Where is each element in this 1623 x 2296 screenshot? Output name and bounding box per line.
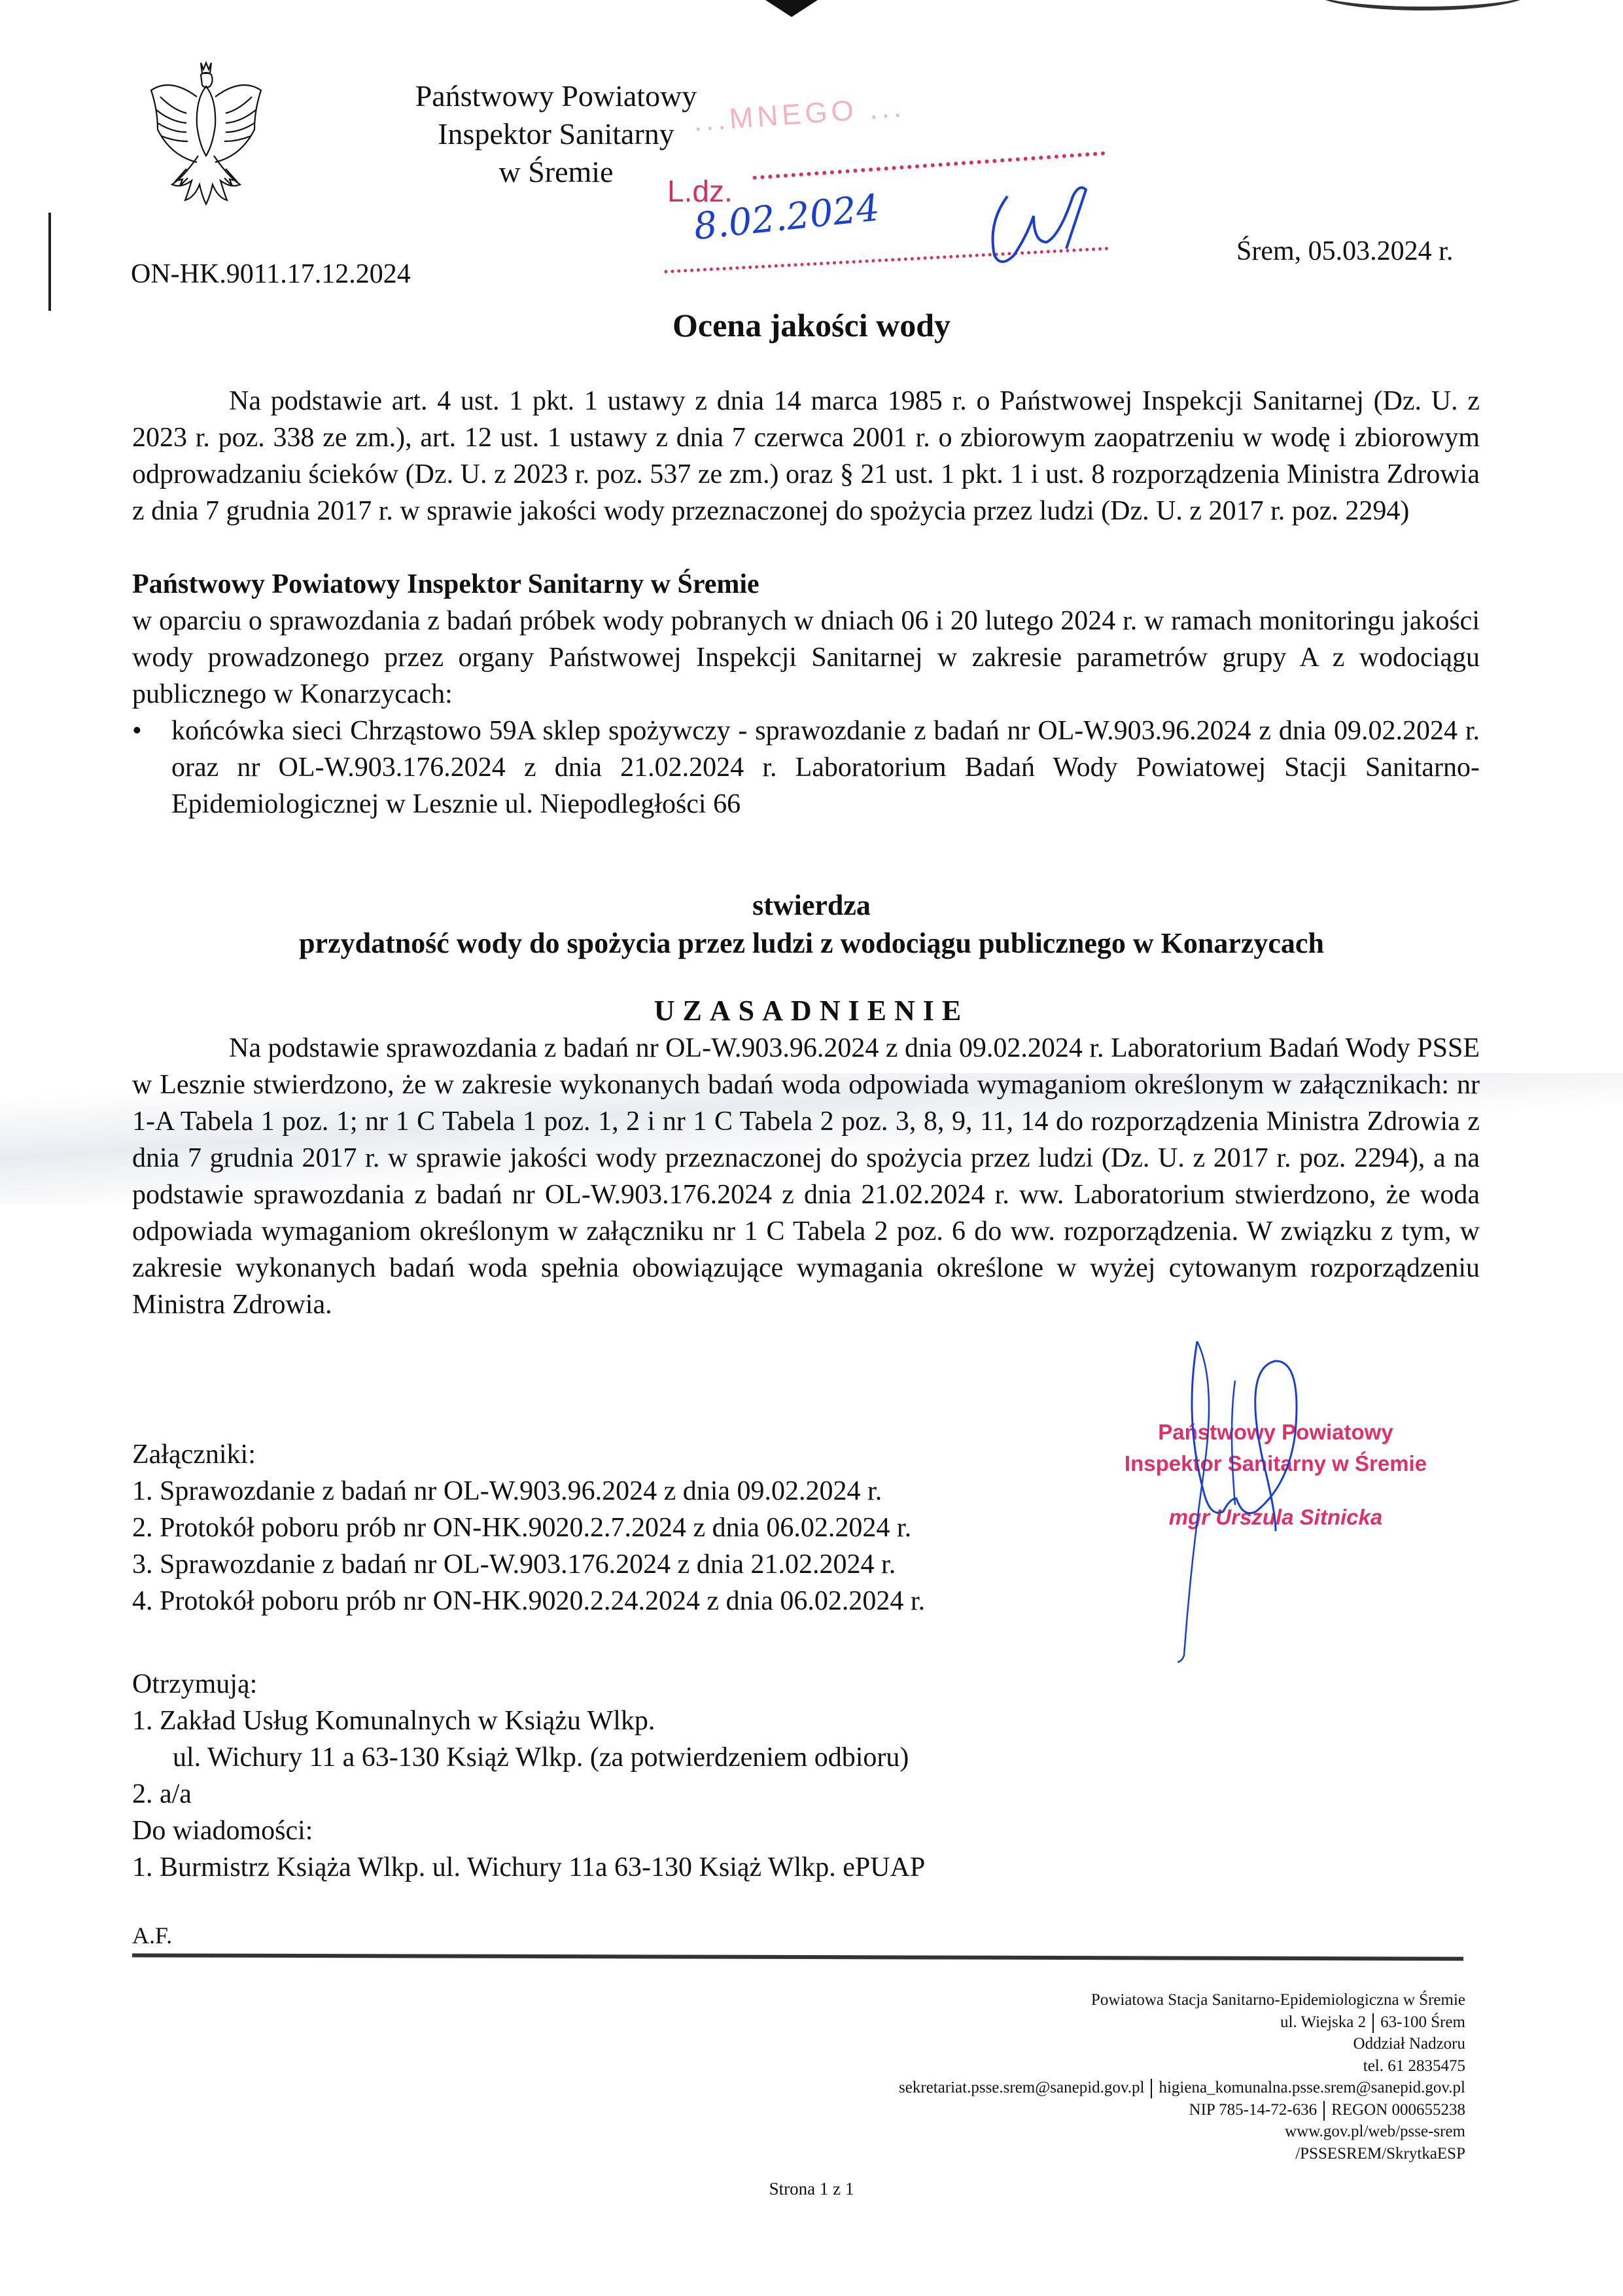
authority-name: Państwowy Powiatowy Inspektor Sanitarny … [132,566,1480,603]
justification-heading: UZASADNIENIE [0,992,1623,1030]
author-initials: A.F. [132,1922,172,1949]
footer-email-link[interactable]: sekretariat.psse.srem@sanepid.gov.pl [899,2079,1144,2096]
document-reference-number: ON-HK.9011.17.12.2024 [131,258,411,290]
footer-postal: 63-100 Śrem [1380,2013,1465,2031]
recipient-item: 2. a/a [132,1776,925,1812]
separator [1323,2101,1325,2121]
footer-website-link[interactable]: www.gov.pl/web/psse-srem [752,2121,1465,2143]
recipient-item: 1. Zakład Usług Komunalnych w Książu Wlk… [132,1703,925,1739]
footer-contact: Powiatowa Stacja Sanitarno-Epidemiologic… [752,1989,1465,2164]
sampling-point-text: końcówka sieci Chrząstowo 59A sklep spoż… [171,713,1480,822]
scan-edge-curve [1315,0,1531,10]
footer-divider [132,1953,1463,1960]
footer-epuap: /PSSESREM/SkrytkaESP [752,2143,1465,2165]
attachment-item: 4. Protokół poboru prób nr ON-HK.9020.2.… [132,1583,925,1619]
issuer-line-1: Państwowy Powiatowy [366,77,746,115]
handwritten-signature-icon [1158,1335,1354,1675]
scan-margin-mark [48,213,51,311]
separator [1151,2079,1152,2098]
place-and-date: Śrem, 05.03.2024 r. [1236,236,1453,267]
footer-street: ul. Wiejska 2 [1280,2013,1366,2031]
decision-statement: przydatność wody do spożycia przez ludzi… [0,925,1623,963]
bullet-icon: • [132,713,142,749]
attachment-item: 2. Protokół poboru prób nr ON-HK.9020.2.… [132,1510,925,1546]
document-title: Ocena jakości wody [0,306,1623,344]
footer-phone: tel. 61 2835475 [752,2055,1465,2077]
footer-org: Powiatowa Stacja Sanitarno-Epidemiologic… [752,1989,1465,2011]
recipients-list: Otrzymują: 1. Zakład Usług Komunalnych w… [132,1666,925,1886]
legal-basis-paragraph: Na podstawie art. 4 ust. 1 pkt. 1 ustawy… [132,383,1480,529]
cc-heading: Do wiadomości: [132,1812,925,1849]
sampling-basis-paragraph: w oparciu o sprawozdania z badań próbek … [132,603,1480,713]
handwritten-initials-icon [981,177,1112,275]
attachments-list: Załączniki: 1. Sprawozdanie z badań nr O… [132,1436,925,1619]
cc-item: 1. Burmistrz Książa Wlkp. ul. Wichury 11… [132,1849,925,1886]
attachment-item: 1. Sprawozdanie z badań nr OL-W.903.96.2… [132,1473,925,1510]
separator [1372,2013,1374,2033]
attachment-item: 3. Sprawozdanie z badań nr OL-W.903.176.… [132,1546,925,1583]
polish-eagle-emblem-icon [141,58,271,208]
footer-ids: NIP 785-14-72-636REGON 000655238 [752,2099,1465,2121]
issuer-line-2: Inspektor Sanitarny [366,115,746,153]
attachments-heading: Załączniki: [132,1436,925,1473]
footer-nip: NIP 785-14-72-636 [1189,2101,1318,2119]
decision-verb: stwierdza [0,887,1623,925]
footer-address: ul. Wiejska 263-100 Śrem [752,2011,1465,2034]
footer-department: Oddział Nadzoru [752,2033,1465,2055]
sampling-point-list-item: • końcówka sieci Chrząstowo 59A sklep sp… [132,713,1480,822]
reception-stamp-dotted-line [752,151,1105,180]
footer-email-link[interactable]: higiena_komunalna.psse.srem@sanepid.gov.… [1159,2079,1465,2096]
recipients-heading: Otrzymują: [132,1666,925,1703]
recipient-address: ul. Wichury 11 a 63-130 Książ Wlkp. (za … [132,1739,925,1776]
footer-emails: sekretariat.psse.srem@sanepid.gov.plhigi… [752,2077,1465,2099]
page-number: Strona 1 z 1 [0,2179,1623,2199]
footer-regon: REGON 000655238 [1331,2101,1465,2119]
scan-edge-notch [765,0,818,17]
justification-paragraph: Na podstawie sprawozdania z badań nr OL-… [132,1030,1480,1323]
